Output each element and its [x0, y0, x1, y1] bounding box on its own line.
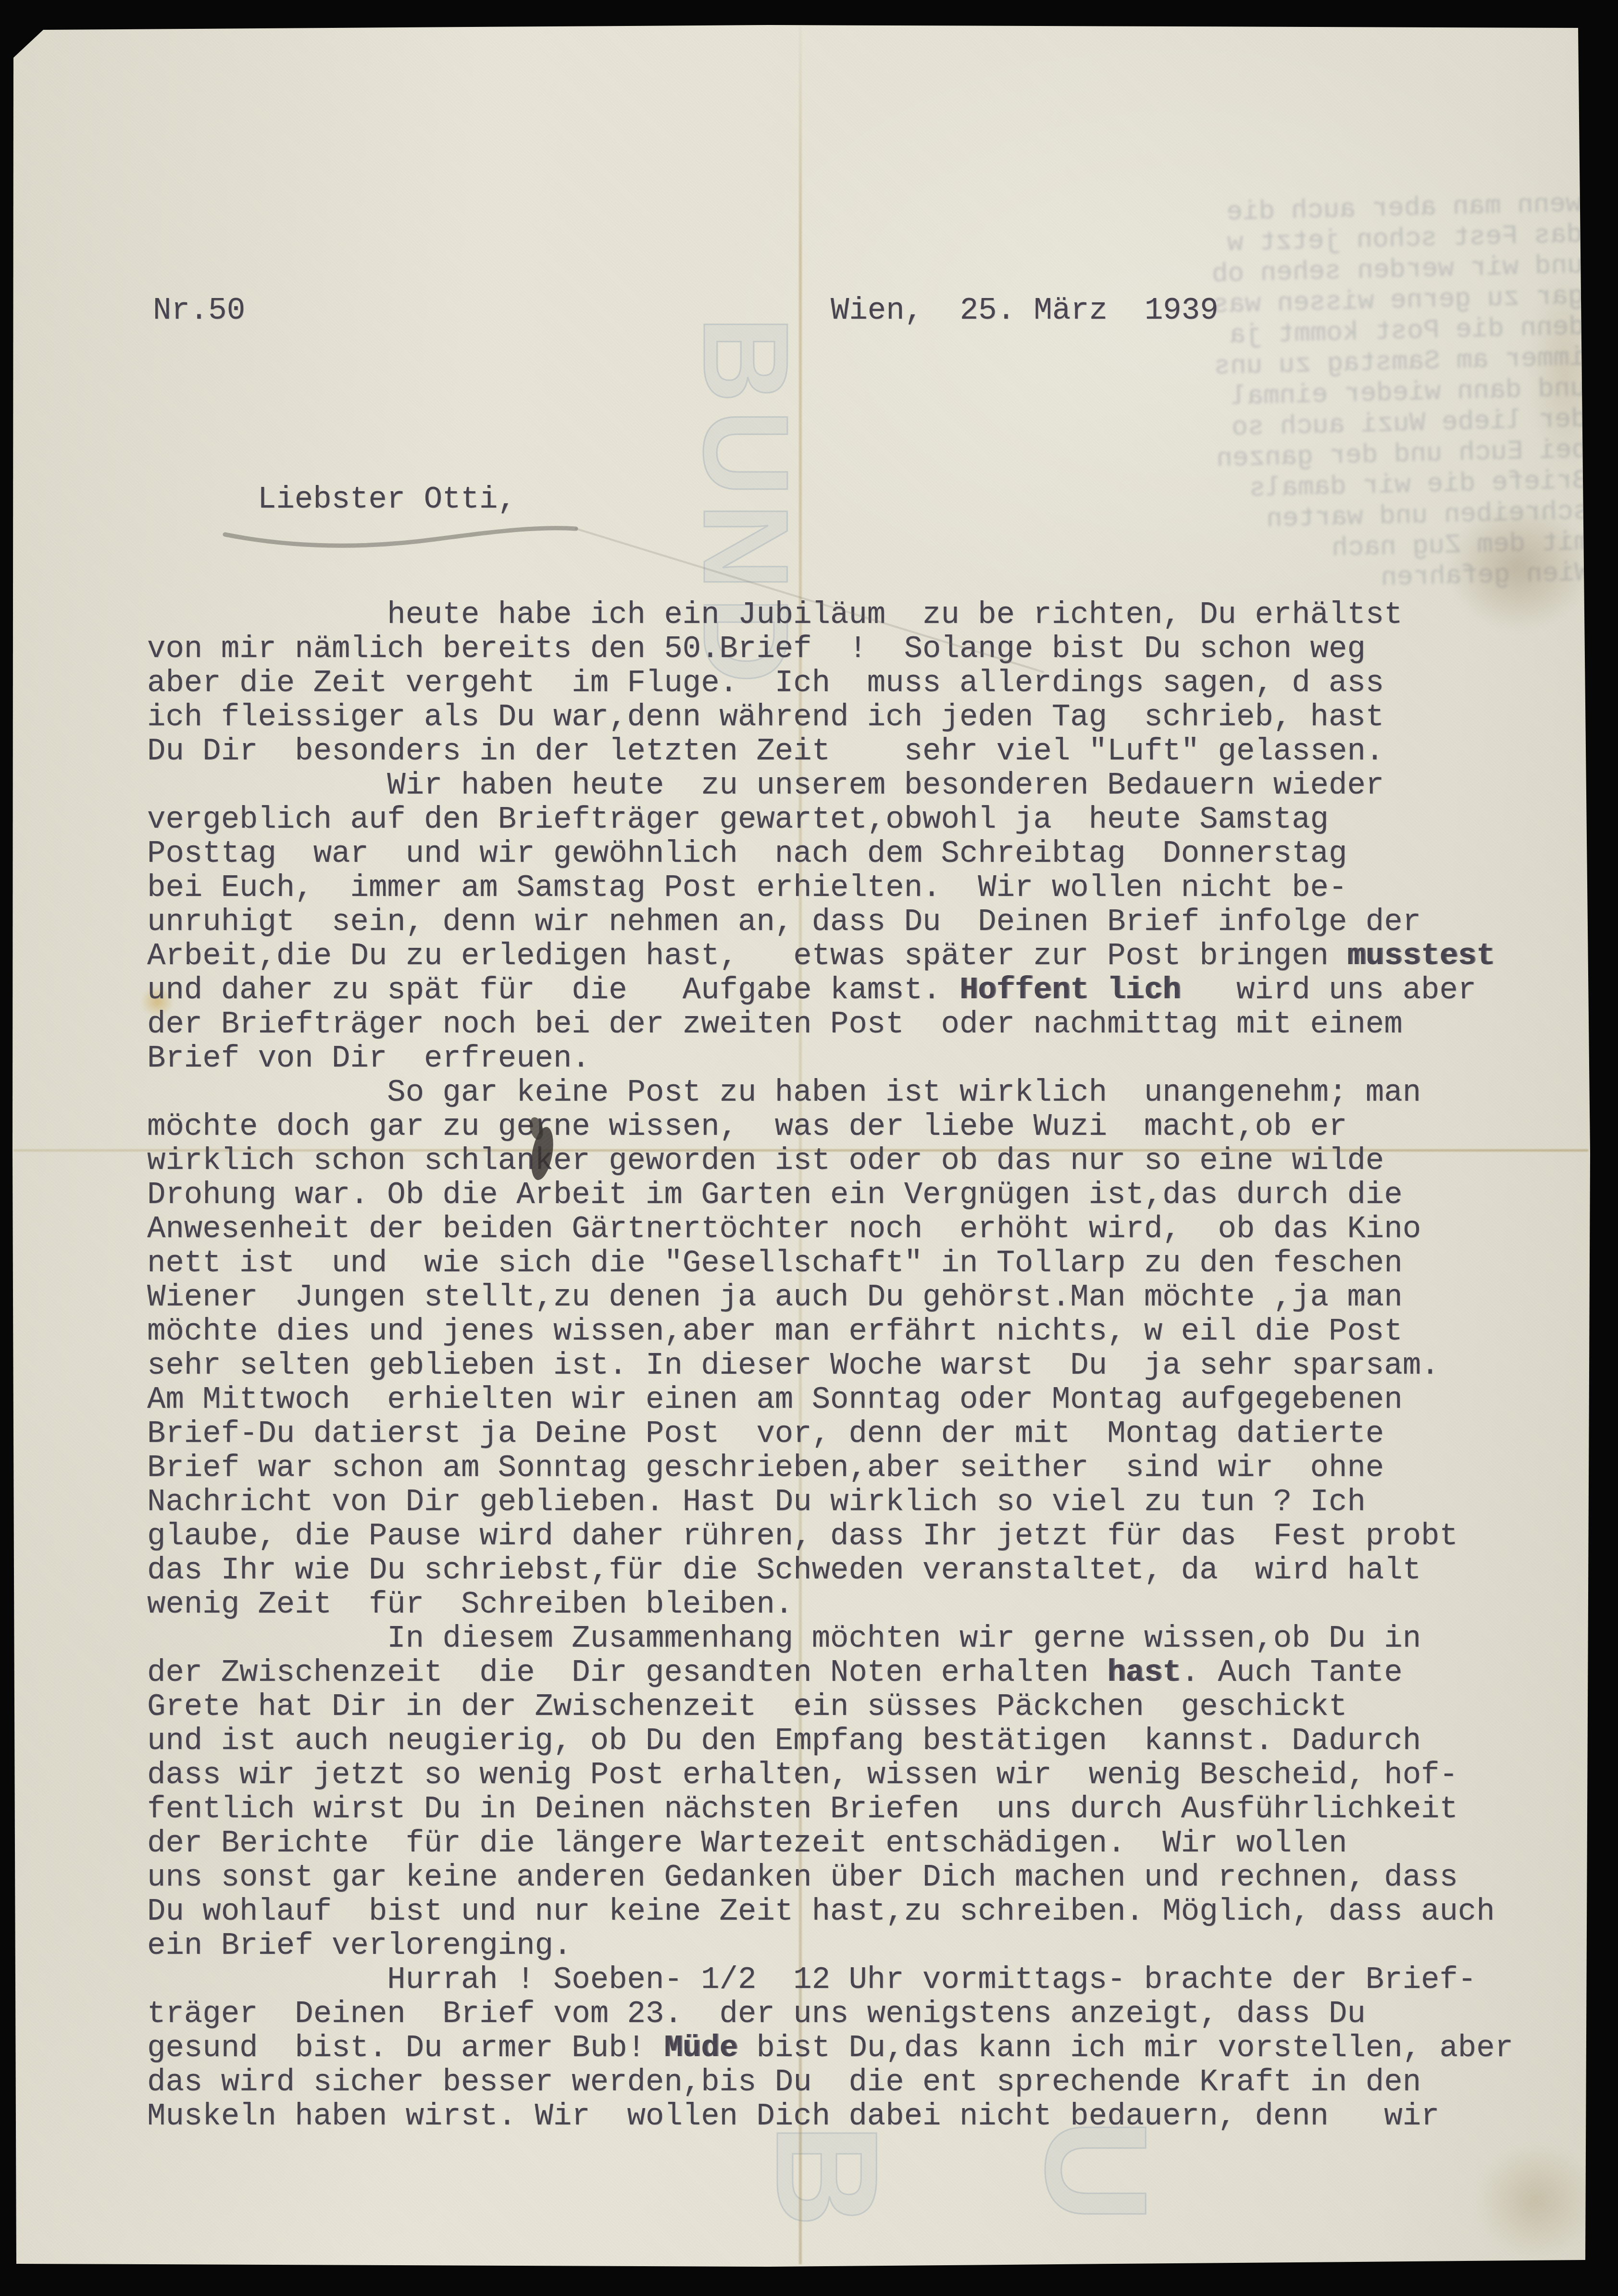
letter-line: ich fleissiger als Du war,denn während i…	[147, 701, 1513, 735]
stain-bottom-right	[1476, 2145, 1596, 2258]
letter-line: Wir haben heute zu unserem besonderen Be…	[147, 769, 1513, 803]
letter-line: wirklich schon schlanker geworden ist od…	[147, 1144, 1513, 1179]
letter-line: Drohung war. Ob die Arbeit im Garten ein…	[147, 1179, 1513, 1213]
letter-line: Brief-Du datierst ja Deine Post vor, den…	[147, 1417, 1513, 1452]
pencil-underline	[225, 528, 576, 546]
letter-line: unruhigt sein, denn wir nehmen an, dass …	[147, 906, 1513, 940]
stain-right-edge	[1447, 504, 1591, 631]
letter-line: heute habe ich ein Jubiläum zu be richte…	[147, 598, 1513, 633]
bleed-through-line: und dann wieder einmal	[1172, 373, 1586, 414]
letter-line: der Briefträger noch bei der zweiten Pos…	[147, 1008, 1513, 1042]
bleed-through-line: immer am Samstag zu uns	[1172, 342, 1586, 383]
ink-blot	[528, 1125, 557, 1182]
letter-line: Du Dir besonders in der letzten Zeit seh…	[147, 735, 1513, 769]
letter-line: das wird sicher besser werden,bis Du die…	[147, 2066, 1513, 2100]
overstruck-word: hast	[1107, 1656, 1181, 1690]
pencil-tail	[576, 529, 1043, 672]
bleed-through-line: denn die Post kommt ja	[1171, 311, 1585, 352]
overstruck-word: musstest	[1347, 939, 1494, 974]
overstruck-word: Hoffent lich	[959, 973, 1181, 1008]
bleed-through-line: der liebe Wuzi auch so	[1173, 403, 1587, 444]
letter-line: Brief von Dir erfreuen.	[147, 1042, 1513, 1076]
letter-line: Am Mittwoch erhielten wir einen am Sonnt…	[147, 1383, 1513, 1417]
letter-line: fentlich wirst Du in Deinen nächsten Bri…	[147, 1793, 1513, 1827]
bleed-through-line: gar zu gerne wissen was	[1170, 281, 1584, 322]
paper-watermark-vertical: BUND	[677, 316, 815, 710]
letter-line: Hurrah ! Soeben- 1/2 12 Uhr vormittags- …	[147, 1963, 1513, 1998]
letter-line: der Zwischenzeit die Dir gesandten Noten…	[147, 1656, 1513, 1690]
bleed-through-line: Briefe die wir damals	[1175, 465, 1589, 506]
bleed-through-line: bei Euch und der ganzen	[1174, 434, 1588, 475]
letter-line: ein Brief verlorenging.	[147, 1929, 1513, 1963]
letter-line: Wiener Jungen stellt,zu denen ja auch Du…	[147, 1281, 1513, 1315]
letter-line: uns sonst gar keine anderen Gedanken übe…	[147, 1861, 1513, 1895]
letter-line: In diesem Zusammenhang möchten wir gerne…	[147, 1622, 1513, 1656]
scan-background: BUND B U wenn man aber auch diedas Fest …	[0, 0, 1618, 2296]
letter-line: möchte dies und jenes wissen,aber man er…	[147, 1315, 1513, 1349]
letter-line: sehr selten geblieben ist. In dieser Woc…	[147, 1349, 1513, 1383]
bleed-through-line: Wien gefahren	[1177, 557, 1591, 598]
stain-left-dot	[140, 986, 174, 1017]
bleed-through-line: und wir werden sehen ob	[1170, 250, 1583, 291]
bleed-through-text: wenn man aber auch diedas Fest schon jet…	[1168, 188, 1591, 598]
paper-watermark-glyph: B	[744, 2123, 910, 2287]
letter-line: von mir nämlich bereits den 50.Brief ! S…	[147, 633, 1513, 667]
letter-line: dass wir jetzt so wenig Post erhalten, w…	[147, 1759, 1513, 1793]
letter-line: vergeblich auf den Briefträger gewartet,…	[147, 803, 1513, 837]
paper-watermark-glyph: U	[1013, 2119, 1180, 2282]
letter-line: gesund bist. Du armer Bub! Müde bist Du,…	[147, 2032, 1513, 2066]
letter-dateline: Wien, 25. März 1939	[831, 294, 1219, 328]
bleed-through-line: schreiben und warten	[1176, 496, 1590, 536]
pencil-and-ink-marks	[0, 0, 1618, 2296]
letter-line: träger Deinen Brief vom 23. der uns weni…	[147, 1998, 1513, 2032]
letter-line: Muskeln haben wirst. Wir wollen Dich dab…	[147, 2100, 1513, 2134]
letter-line: und daher zu spät für die Aufgabe kamst.…	[147, 974, 1513, 1008]
letter-line: Anwesenheit der beiden Gärtnertöchter no…	[147, 1213, 1513, 1247]
letter-line: wenig Zeit für Schreiben bleiben.	[147, 1588, 1513, 1622]
letter-line: Arbeit,die Du zu erledigen hast, etwas s…	[147, 940, 1513, 974]
overstruck-word: Müde	[664, 2031, 738, 2066]
fold-crease-vertical	[799, 26, 802, 2264]
letter-line: Du wohlauf bist und nur keine Zeit hast,…	[147, 1895, 1513, 1929]
letter-body: heute habe ich ein Jubiläum zu be richte…	[147, 598, 1513, 2134]
bleed-through-line: das Fest schon jetzt w	[1169, 219, 1583, 260]
letter-number: Nr.50	[153, 294, 245, 328]
ink-blot-top	[528, 1116, 546, 1142]
letter-line: das Ihr wie Du schriebst,für die Schwede…	[147, 1554, 1513, 1588]
letter-line: nett ist und wie sich die "Gesellschaft"…	[147, 1247, 1513, 1281]
letter-line: Posttag war und wir gewöhnlich nach dem …	[147, 837, 1513, 871]
letter-line: aber die Zeit vergeht im Fluge. Ich muss…	[147, 667, 1513, 701]
letter-line: So gar keine Post zu haben ist wirklich …	[147, 1076, 1513, 1110]
letter-line: und ist auch neugierig, ob Du den Empfan…	[147, 1725, 1513, 1759]
stain-top-right	[1529, 269, 1601, 471]
fold-crease-horizontal	[13, 1149, 1588, 1152]
letter-line: Grete hat Dir in der Zwischenzeit ein sü…	[147, 1690, 1513, 1725]
letter-line: Nachricht von Dir geblieben. Hast Du wir…	[147, 1486, 1513, 1520]
letter-page: BUND B U wenn man aber auch diedas Fest …	[0, 0, 1618, 2296]
salutation: Liebster Otti,	[258, 483, 516, 517]
letter-line: möchte doch gar zu gerne wissen, was der…	[147, 1110, 1513, 1144]
bleed-through-line: wenn man aber auch die	[1168, 188, 1582, 229]
letter-line: der Berichte für die längere Wartezeit e…	[147, 1827, 1513, 1861]
letter-line: Brief war schon am Sonntag geschrieben,a…	[147, 1452, 1513, 1486]
letter-line: glaube, die Pause wird daher rühren, das…	[147, 1520, 1513, 1554]
bleed-through-line: mit dem Zug nach	[1176, 526, 1590, 567]
letter-line: bei Euch, immer am Samstag Post erhielte…	[147, 871, 1513, 906]
